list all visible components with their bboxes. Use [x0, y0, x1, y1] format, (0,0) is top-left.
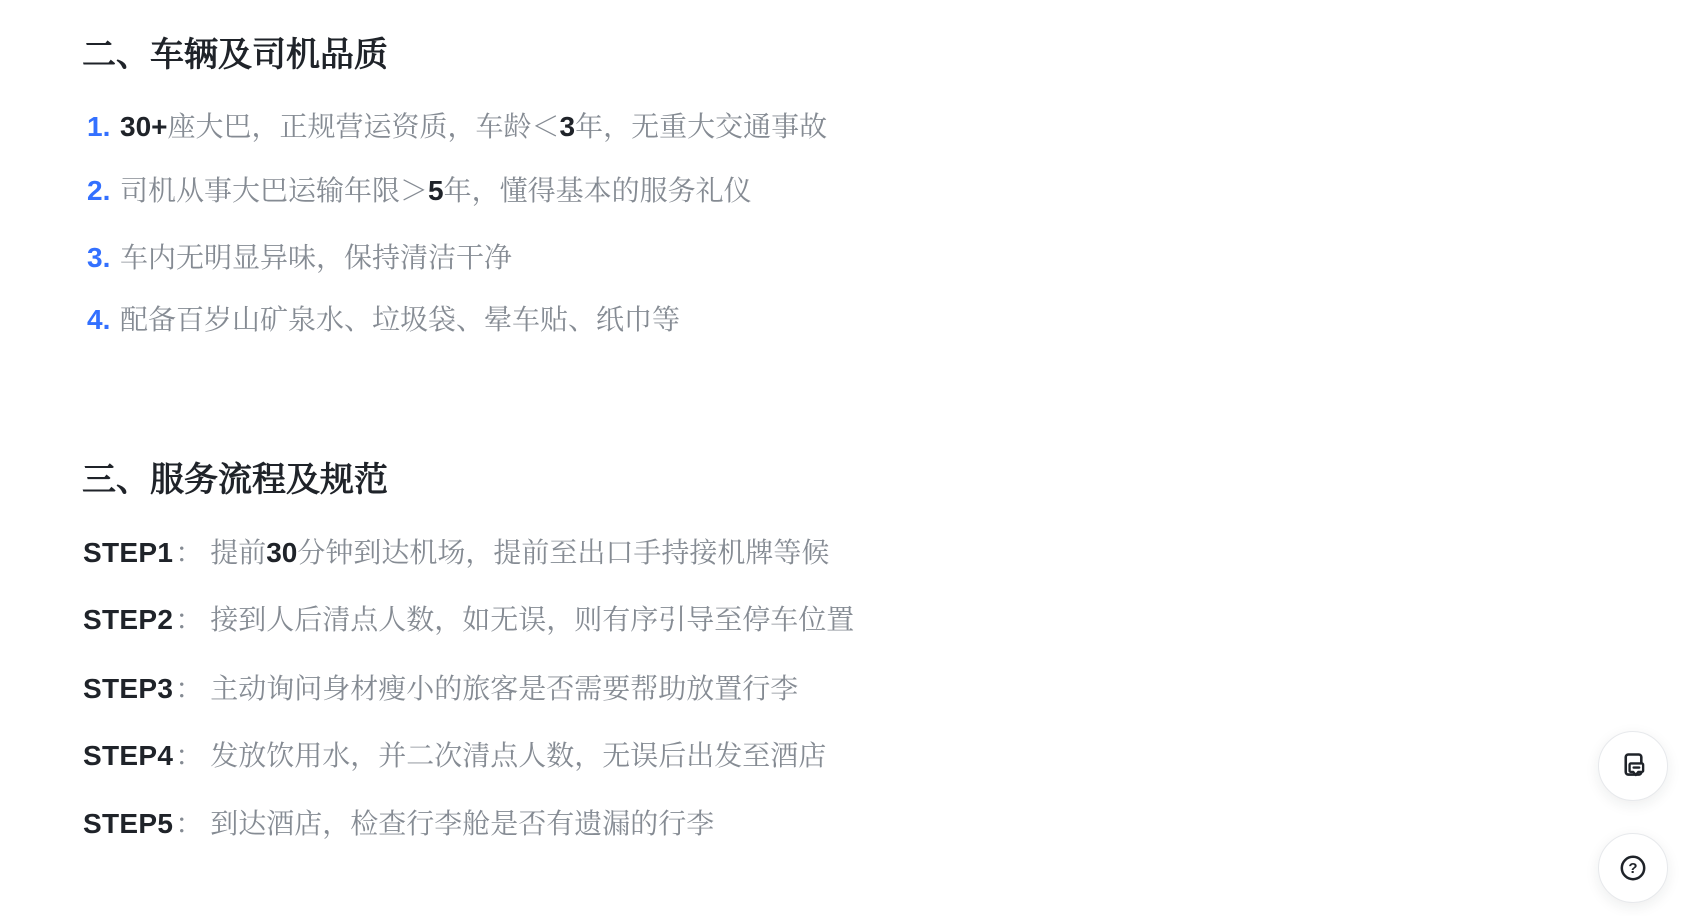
list-marker: 2.	[87, 170, 120, 212]
list-marker: 4.	[87, 299, 120, 341]
document-canvas: 二、车辆及司机品质 1.30+座大巴，正规营运资质，车龄＜3年，无重大交通事故 …	[0, 0, 1698, 916]
comment-feedback-button[interactable]	[1598, 731, 1668, 801]
text-segment: 5	[428, 175, 444, 206]
step-paragraph-5[interactable]: STEP5：到达酒店，检查行李舱是否有遗漏的行李	[83, 803, 714, 845]
text-segment: 座大巴，正规营运资质，车龄＜	[168, 111, 560, 142]
step-colon: ：	[175, 537, 203, 568]
text-segment: 主动询问身材瘦小的旅客是否需要帮助放置行李	[210, 673, 798, 704]
svg-text:?: ?	[1628, 860, 1637, 877]
step-colon: ：	[175, 808, 203, 839]
text-segment: 3	[560, 111, 576, 142]
list-marker: 1.	[87, 106, 120, 148]
step-paragraph-3[interactable]: STEP3：主动询问身材瘦小的旅客是否需要帮助放置行李	[83, 668, 798, 710]
text-segment: 30	[266, 537, 297, 568]
step-colon: ：	[175, 740, 203, 771]
text-segment: 年，无重大交通事故	[575, 111, 827, 142]
text-segment: 30+	[120, 111, 168, 142]
step-label: STEP4	[83, 740, 173, 771]
text-segment: 司机从事大巴运输年限＞	[120, 175, 428, 206]
step-colon: ：	[175, 673, 203, 704]
section-heading-vehicle-driver-quality[interactable]: 二、车辆及司机品质	[82, 32, 388, 78]
ordered-list-item-1[interactable]: 1.30+座大巴，正规营运资质，车龄＜3年，无重大交通事故	[87, 106, 827, 148]
text-segment: 配备百岁山矿泉水、垃圾袋、晕车贴、纸巾等	[120, 304, 680, 335]
step-paragraph-2[interactable]: STEP2：接到人后清点人数，如无误，则有序引导至停车位置	[83, 599, 854, 641]
step-paragraph-1[interactable]: STEP1：提前30分钟到达机场，提前至出口手持接机牌等候	[83, 532, 829, 574]
ordered-list-item-4[interactable]: 4.配备百岁山矿泉水、垃圾袋、晕车贴、纸巾等	[87, 299, 680, 341]
list-marker: 3.	[87, 237, 120, 279]
section-heading-service-process[interactable]: 三、服务流程及规范	[82, 457, 388, 503]
step-label: STEP5	[83, 808, 173, 839]
text-segment: 分钟到达机场，提前至出口手持接机牌等候	[297, 537, 829, 568]
text-segment: 提前	[210, 537, 266, 568]
help-button[interactable]: ?	[1598, 833, 1668, 903]
doc-comment-icon	[1617, 750, 1649, 782]
text-segment: 到达酒店，检查行李舱是否有遗漏的行李	[210, 808, 714, 839]
step-paragraph-4[interactable]: STEP4：发放饮用水，并二次清点人数，无误后出发至酒店	[83, 735, 826, 777]
text-segment: 接到人后清点人数，如无误，则有序引导至停车位置	[210, 604, 854, 635]
step-label: STEP3	[83, 673, 173, 704]
text-segment: 年，懂得基本的服务礼仪	[444, 175, 752, 206]
step-colon: ：	[175, 604, 203, 635]
question-mark-icon: ?	[1618, 853, 1648, 883]
step-label: STEP1	[83, 537, 173, 568]
text-segment: 发放饮用水，并二次清点人数，无误后出发至酒店	[210, 740, 826, 771]
ordered-list-item-3[interactable]: 3.车内无明显异味，保持清洁干净	[87, 237, 512, 279]
ordered-list-item-2[interactable]: 2.司机从事大巴运输年限＞5年，懂得基本的服务礼仪	[87, 170, 752, 212]
step-label: STEP2	[83, 604, 173, 635]
text-segment: 车内无明显异味，保持清洁干净	[120, 242, 512, 273]
